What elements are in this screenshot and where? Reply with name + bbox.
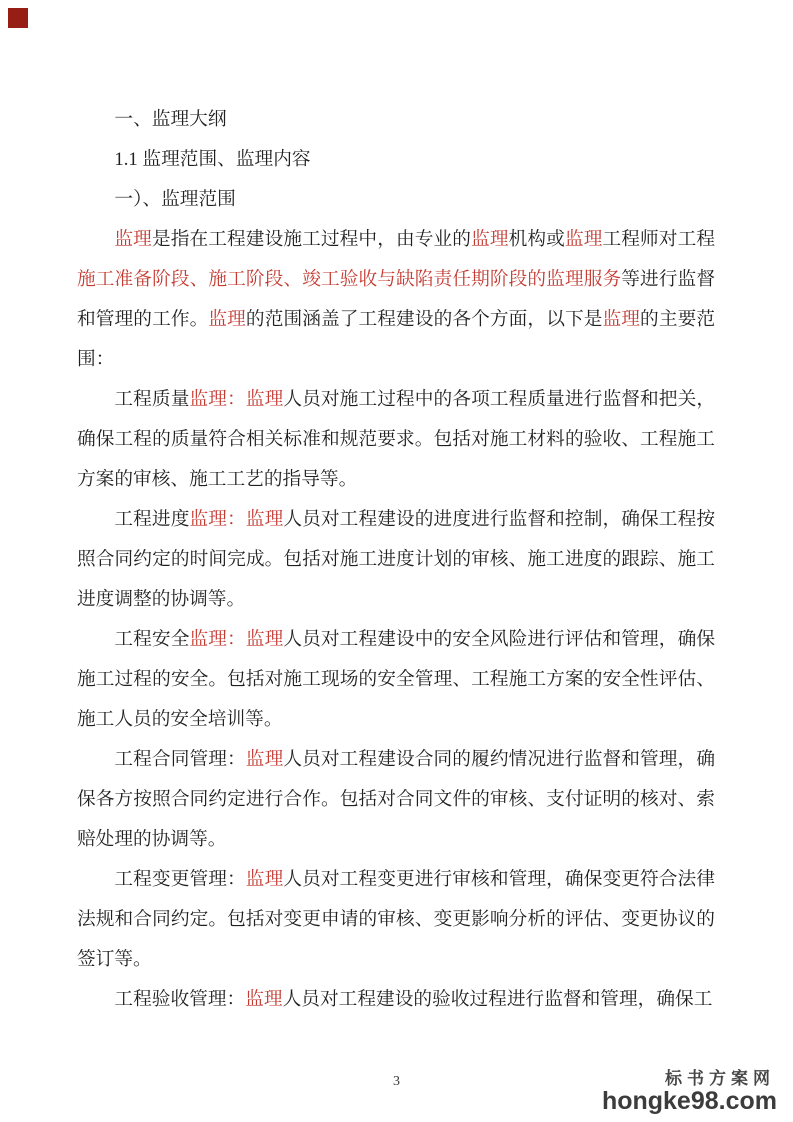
watermark: 标书方案网 hongke98.com (602, 1070, 777, 1114)
text-run: 是指在工程建设施工过程中，由专业的 (152, 229, 471, 250)
text-run: 的范围涵盖了工程建设的各个方面，以下是 (246, 309, 603, 330)
highlighted-term: 监理 (114, 229, 152, 250)
document-content: 一、监理大纲1.1 监理范围、监理内容一）、监理范围监理是指在工程建设施工过程中… (77, 100, 715, 1020)
highlighted-term: 监理 (603, 309, 641, 330)
highlighted-term: 监理 (208, 309, 246, 330)
paragraph: 工程质量监理：监理人员对施工过程中的各项工程质量进行监督和把关，确保工程的质量符… (77, 380, 715, 500)
paragraph: 工程变更管理：监理人员对工程变更进行审核和管理，确保变更符合法律法规和合同约定。… (77, 860, 715, 980)
text-run: 工程质量 (114, 389, 189, 410)
heading-2: 1.1 监理范围、监理内容 (77, 140, 715, 180)
watermark-site-name: 标书方案网 (602, 1070, 775, 1088)
text-run: 工程师对工程 (602, 229, 715, 250)
highlighted-term: 监理 (246, 869, 284, 890)
corner-mark (8, 8, 28, 28)
highlighted-term: 监理 (245, 989, 282, 1010)
highlighted-term: 监理 (246, 389, 284, 410)
highlighted-term: 监理 (246, 749, 284, 770)
paragraph: 工程验收管理：监理人员对工程建设的验收过程进行监督和管理，确保工 (77, 980, 715, 1020)
highlighted-term: 监理 (246, 509, 284, 530)
paragraph: 工程合同管理：监理人员对工程建设合同的履约情况进行监督和管理，确保各方按照合同约… (77, 740, 715, 860)
text-run: 工程变更管理： (114, 869, 245, 890)
watermark-site-url: hongke98.com (602, 1088, 777, 1114)
highlighted-term: 监理： (189, 629, 245, 650)
text-run: 机构或 (509, 229, 565, 250)
text-run: 工程验收管理： (114, 989, 245, 1010)
text-run: 工程合同管理： (114, 749, 245, 770)
document-page: 一、监理大纲1.1 监理范围、监理内容一）、监理范围监理是指在工程建设施工过程中… (0, 0, 793, 1122)
heading-1: 一、监理大纲 (77, 100, 715, 140)
text-run: 人员对工程建设的验收过程进行监督和管理，确保工 (283, 989, 713, 1010)
highlighted-term: 监理： (189, 389, 245, 410)
paragraph: 工程安全监理：监理人员对工程建设中的安全风险进行评估和管理，确保施工过程的安全。… (77, 620, 715, 740)
heading-3: 一）、监理范围 (77, 180, 715, 220)
text-run: 工程进度 (114, 509, 189, 530)
highlighted-term: 监理 (246, 629, 284, 650)
text-run: 工程安全 (114, 629, 189, 650)
highlighted-term: 监理： (189, 509, 245, 530)
highlighted-term: 监理 (565, 229, 603, 250)
highlighted-term: 施工准备阶段、施工阶段、竣工验收与缺陷责任期阶段的监理服务 (77, 269, 621, 290)
paragraph: 工程进度监理：监理人员对工程建设的进度进行监督和控制，确保工程按照合同约定的时间… (77, 500, 715, 620)
highlighted-term: 监理 (471, 229, 509, 250)
paragraph: 监理是指在工程建设施工过程中，由专业的监理机构或监理工程师对工程施工准备阶段、施… (77, 220, 715, 380)
